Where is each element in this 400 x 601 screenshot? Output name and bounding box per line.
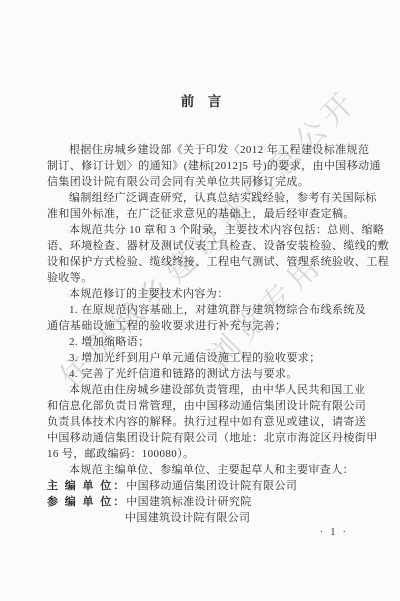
text-line: 本规范主编单位、参编单位、主要起草人和主要审查人： <box>47 462 355 478</box>
text-line: 制订、修订计划〉的通知》(建标[2012]5 号)的要求，由中国移动通 <box>47 158 355 174</box>
page-title: 前 言 <box>47 90 355 110</box>
text-line: 本规范修订的主要技术内容为： <box>47 286 355 302</box>
text-line: 准和国外标准，在广泛征求意见的基础上，最后经审查定稿。 <box>47 206 355 222</box>
co-editor-label: 参 编 单 位： <box>47 496 126 508</box>
co-editor-value: 中国建筑标准设计研究院 <box>126 496 251 508</box>
text-line-numbered-item: 4. 完善了光纤信道和链路的测试方法与要求。 <box>47 366 355 382</box>
text-line: 和信息化部负责日常管理，由中国移动通信集团设计院有限公司 <box>47 398 355 414</box>
text-line-numbered-item: 2. 增加缩略语； <box>47 334 355 350</box>
page-number: · 1 · <box>47 526 348 538</box>
foreword-body: 根据住房城乡建设部《关于印发〈2012 年工程建设标准规范 制订、修订计划〉的通… <box>47 142 355 526</box>
text-line: 设和保护方式检验、缆线终接、工程电气测试、管理系统验收、工程 <box>47 254 355 270</box>
text-line: 负责具体技术内容的解释。执行过程中如有意见或建议，请寄送 <box>47 414 355 430</box>
text-line-numbered-item: 1. 在原规范内容基础上，对建筑群与建筑物综合布线系统及 <box>47 302 355 318</box>
chief-editor-value: 中国移动通信集团设计院有限公司 <box>126 480 297 492</box>
text-line: 语、环境检查、器材及测试仪表工具检查、设备安装检验、缆线的敷 <box>47 238 355 254</box>
chief-editor-label: 主 编 单 位： <box>47 480 126 492</box>
co-editor-continuation: 中国建筑设计院有限公司 <box>47 510 355 526</box>
text-line: 根据住房城乡建设部《关于印发〈2012 年工程建设标准规范 <box>47 142 355 158</box>
text-line: 本规范共分 10 章和 3 个附录，主要技术内容包括：总则、缩略 <box>47 222 355 238</box>
text-line: 16 号，邮政编码：100080）。 <box>47 446 355 462</box>
text-line: 验收等。 <box>47 270 355 286</box>
text-line: 中国移动通信集团设计院有限公司（地址：北京市海淀区丹棱街甲 <box>47 430 355 446</box>
text-line: 编制组经广泛调查研究，认真总结实践经验，参考有关国际标 <box>47 190 355 206</box>
chief-editor-row: 主 编 单 位：中国移动通信集团设计院有限公司 <box>47 478 355 494</box>
document-page: 住房城乡建设部信息公开 浏览专用 前 言 根据住房城乡建设部《关于印发〈2012… <box>0 0 400 601</box>
text-line: 通信基础设施工程的验收要求进行补充与完善； <box>47 318 355 334</box>
text-line: 本规范由住房城乡建设部负责管理，由中华人民共和国工业 <box>47 382 355 398</box>
co-editor-row: 参 编 单 位：中国建筑标准设计研究院 <box>47 494 355 510</box>
text-line: 信集团设计院有限公司会同有关单位共同修订完成。 <box>47 174 355 190</box>
text-line-numbered-item: 3. 增加光纤到用户单元通信设施工程的验收要求； <box>47 350 355 366</box>
